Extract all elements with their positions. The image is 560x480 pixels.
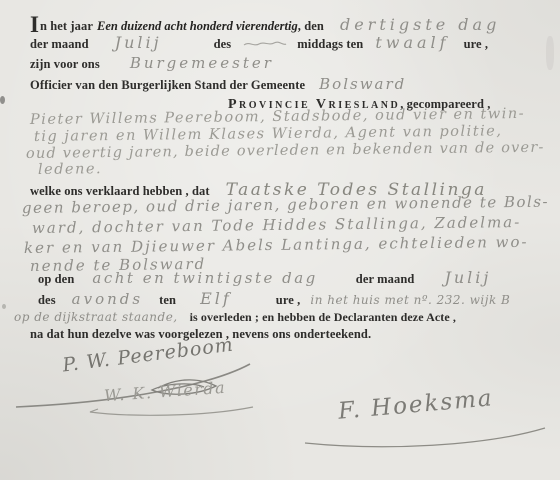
handwritten-official-title: Burgemeester bbox=[130, 54, 274, 72]
line-official: zijn voor ons Burgemeester bbox=[30, 54, 274, 73]
handwritten-month: Julij bbox=[115, 33, 162, 52]
handwritten-street: op de dijkstraat staande, bbox=[14, 310, 178, 324]
line-died: op de dijkstraat staande, is overleden ;… bbox=[14, 308, 456, 326]
handwritten-municipality: Bolsward bbox=[319, 75, 406, 93]
printed-text: n het jaar bbox=[40, 19, 93, 33]
handwritten-declarants-line-4: ledene. bbox=[38, 161, 102, 178]
printed-text: middags ten bbox=[297, 37, 363, 51]
paper-speck bbox=[0, 96, 5, 104]
handwritten-day: dertigste dag bbox=[340, 15, 500, 34]
handwritten-death-month: Julij bbox=[444, 268, 491, 287]
line-death-date: op den acht en twintigste dag der maand … bbox=[38, 268, 491, 288]
handwritten-death-time: avonds bbox=[72, 290, 143, 308]
death-certificate-scan: In het jaar Een duizend acht honderd vie… bbox=[0, 0, 560, 480]
blank-filler-squiggle bbox=[243, 39, 287, 49]
printed-text: zijn voor ons bbox=[30, 57, 100, 71]
printed-text: , den bbox=[298, 19, 324, 33]
printed-text: welke ons verklaard hebben , dat bbox=[30, 184, 210, 198]
handwritten-deceased-line-3: ker en van Djieuwer Abels Lantinga, echt… bbox=[24, 233, 529, 257]
printed-text: ure , bbox=[276, 293, 301, 307]
paper-smudge bbox=[546, 36, 554, 70]
printed-text: der maand bbox=[356, 272, 415, 286]
handwritten-death-day: acht en twintigste dag bbox=[92, 269, 317, 287]
line-death-hour: des avonds ten Elf ure , in het huis met… bbox=[38, 289, 510, 309]
printed-text: des bbox=[214, 37, 232, 51]
printed-text: op den bbox=[38, 272, 74, 286]
printed-text: is overleden ; en hebben de Declaranten … bbox=[190, 310, 456, 324]
handwritten-house-number: in het huis met nº. 232. wijk B bbox=[310, 293, 510, 307]
printed-year-text: Een duizend acht honderd vierendertig bbox=[97, 19, 298, 33]
printed-text: ure , bbox=[464, 37, 489, 51]
printed-text: des bbox=[38, 293, 56, 307]
printed-text: Officier van den Burgerlijken Stand der … bbox=[30, 78, 305, 92]
handwritten-hour: twaalf bbox=[375, 33, 449, 52]
paper-speck bbox=[2, 304, 6, 309]
signature-flourish-declarant-2 bbox=[88, 404, 258, 420]
printed-text: der maand bbox=[30, 37, 89, 51]
handwritten-death-hour: Elf bbox=[200, 289, 232, 308]
printed-text: ten bbox=[159, 293, 176, 307]
signature-flourish-official bbox=[300, 424, 550, 454]
signature-official: F. Hoeksma bbox=[337, 385, 494, 424]
line-gemeente: Officier van den Burgerlijken Stand der … bbox=[30, 75, 406, 94]
line-month-hour: der maand Julij des middags ten twaalf u… bbox=[30, 33, 488, 53]
